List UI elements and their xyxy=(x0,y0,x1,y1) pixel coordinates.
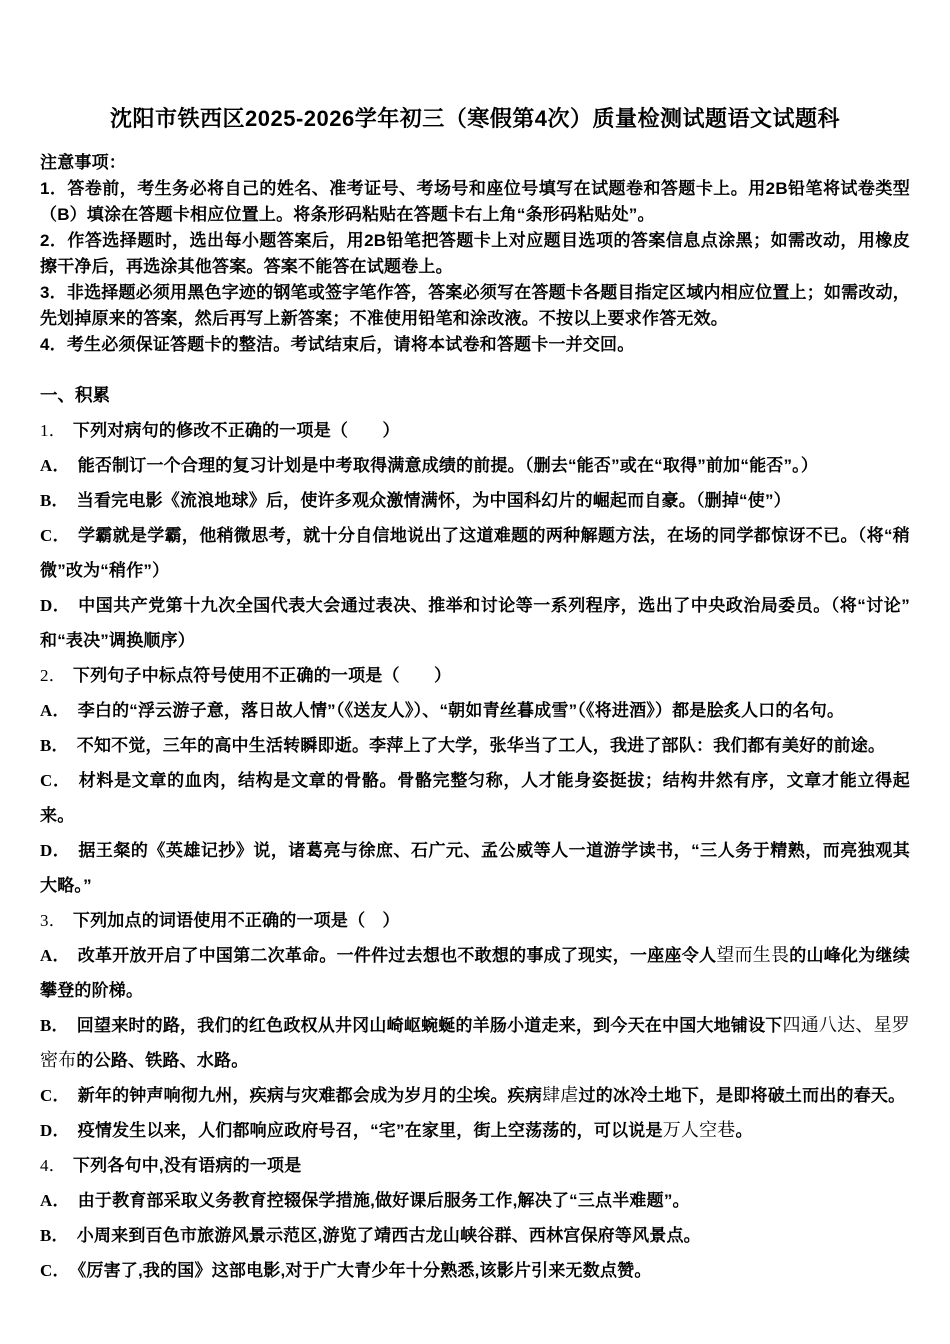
option-text: 新年的钟声响彻九州，疾病与灾难都会成为岁月的尘埃。疾病肆虐过的冰冷土地下，是即将… xyxy=(78,1086,906,1105)
option-line: B．不知不觉，三年的高中生活转瞬即逝。李萍上了大学，张华当了工人，我进了部队：我… xyxy=(40,728,910,763)
option-text: 小周来到百色市旅游风景示范区,游览了靖西古龙山峡谷群、西林宫保府等风景点。 xyxy=(77,1226,701,1245)
option-label: A． xyxy=(40,701,78,720)
option-text: 能否制订一个合理的复习计划是中考取得满意成绩的前提。（删去“能否”或在“取得”前… xyxy=(78,456,818,475)
option-line: D．中国共产党第十九次全国代表大会通过表决、推举和讨论等一系列程序，选出了中央政… xyxy=(40,588,910,658)
question-stem-text: 下列对病句的修改不正确的一项是（ ） xyxy=(73,421,400,440)
option-label: B． xyxy=(40,1016,77,1035)
question-3: 3．下列加点的词语使用不正确的一项是（ ） A．改革开放开启了中国第二次革命。一… xyxy=(40,903,910,1148)
notice-item: 4．考生必须保证答题卡的整洁。考试结束后，请将本试卷和答题卡一并交回。 xyxy=(40,332,910,358)
option-label: C． xyxy=(40,1086,78,1105)
option-text: 改革开放开启了中国第二次革命。一件件过去想也不敢想的事成了现实，一座座令人望而生… xyxy=(40,946,910,1000)
question-4: 4．下列各句中,没有语病的一项是 A．由于教育部采取义务教育控辍保学措施,做好课… xyxy=(40,1148,910,1288)
option-line: B．小周来到百色市旅游风景示范区,游览了靖西古龙山峡谷群、西林宫保府等风景点。 xyxy=(40,1218,910,1253)
question-1: 1．下列对病句的修改不正确的一项是（ ） A．能否制订一个合理的复习计划是中考取… xyxy=(40,413,910,658)
notice-item: 1．答卷前，考生务必将自己的姓名、准考证号、考场号和座位号填写在试题卷和答题卡上… xyxy=(40,176,910,228)
option-label: B． xyxy=(40,491,77,510)
question-stem: 4．下列各句中,没有语病的一项是 xyxy=(40,1148,910,1183)
option-text: 据王粲的《英雄记抄》说，诸葛亮与徐庶、石广元、孟公威等人一道游学读书，“三人务于… xyxy=(40,841,910,895)
option-text: 当看完电影《流浪地球》后，使许多观众激情满怀，为中国科幻片的崛起而自豪。（删掉“… xyxy=(77,491,791,510)
option-text: 中国共产党第十九次全国代表大会通过表决、推举和讨论等一系列程序，选出了中央政治局… xyxy=(40,596,910,650)
option-label: A． xyxy=(40,1191,78,1210)
option-line: C．材料是文章的血肉，结构是文章的骨骼。骨骼完整匀称，人才能身姿挺拔；结构井然有… xyxy=(40,763,910,833)
option-label: A． xyxy=(40,456,78,475)
option-line: B．回望来时的路，我们的红色政权从井冈山崎岖蜿蜒的羊肠小道走来，到今天在中国大地… xyxy=(40,1008,910,1078)
option-text: 疫情发生以来，人们都响应政府号召，“宅”在家里，街上空荡荡的，可以说是万人空巷。 xyxy=(78,1121,753,1140)
section-heading: 一、积累 xyxy=(40,378,910,413)
question-number: 3． xyxy=(40,911,73,930)
question-number: 1． xyxy=(40,421,73,440)
option-label: C． xyxy=(40,526,78,545)
notice-heading: 注意事项： xyxy=(40,150,910,176)
option-label: D． xyxy=(40,596,78,615)
option-label: B． xyxy=(40,736,77,755)
option-line: C．《厉害了,我的国》这部电影,对于广大青少年十分熟悉,该影片引来无数点赞。 xyxy=(40,1253,910,1288)
option-text: 李白的“浮云游子意，落日故人情”（《送友人》）、“朝如青丝暮成雪”（《将进酒》）… xyxy=(78,701,845,720)
option-line: D．据王粲的《英雄记抄》说，诸葛亮与徐庶、石广元、孟公威等人一道游学读书，“三人… xyxy=(40,833,910,903)
option-text: 不知不觉，三年的高中生活转瞬即逝。李萍上了大学，张华当了工人，我进了部队：我们都… xyxy=(77,736,885,755)
option-line: C．学霸就是学霸，他稍微思考，就十分自信地说出了这道难题的两种解题方法，在场的同… xyxy=(40,518,910,588)
option-text: 材料是文章的血肉，结构是文章的骨骼。骨骼完整匀称，人才能身姿挺拔；结构井然有序，… xyxy=(40,771,910,825)
option-line: B．当看完电影《流浪地球》后，使许多观众激情满怀，为中国科幻片的崛起而自豪。（删… xyxy=(40,483,910,518)
question-2: 2．下列句子中标点符号使用不正确的一项是（ ） A．李白的“浮云游子意，落日故人… xyxy=(40,658,910,903)
option-line: C．新年的钟声响彻九州，疾病与灾难都会成为岁月的尘埃。疾病肆虐过的冰冷土地下，是… xyxy=(40,1078,910,1113)
question-stem-text: 下列各句中,没有语病的一项是 xyxy=(73,1156,302,1175)
option-label: D． xyxy=(40,1121,78,1140)
option-line: A．改革开放开启了中国第二次革命。一件件过去想也不敢想的事成了现实，一座座令人望… xyxy=(40,938,910,1008)
exam-paper-page: 沈阳市铁西区2025-2026学年初三（寒假第4次）质量检测试题语文试题科 注意… xyxy=(0,0,950,1344)
option-line: A．李白的“浮云游子意，落日故人情”（《送友人》）、“朝如青丝暮成雪”（《将进酒… xyxy=(40,693,910,728)
notice-item: 2．作答选择题时，选出每小题答案后，用2B铅笔把答题卡上对应题目选项的答案信息点… xyxy=(40,228,910,280)
option-line: A．能否制订一个合理的复习计划是中考取得满意成绩的前提。（删去“能否”或在“取得… xyxy=(40,448,910,483)
option-label: A． xyxy=(40,946,78,965)
option-label: B． xyxy=(40,1226,77,1245)
option-line: A．由于教育部采取义务教育控辍保学措施,做好课后服务工作,解决了“三点半难题”。 xyxy=(40,1183,910,1218)
question-stem-text: 下列句子中标点符号使用不正确的一项是（ ） xyxy=(73,666,451,685)
option-text: 《厉害了,我的国》这部电影,对于广大青少年十分熟悉,该影片引来无数点赞。 xyxy=(78,1261,652,1280)
question-stem: 3．下列加点的词语使用不正确的一项是（ ） xyxy=(40,903,910,938)
option-label: C． xyxy=(40,1261,78,1280)
question-number: 4． xyxy=(40,1156,73,1175)
option-label: D． xyxy=(40,841,78,860)
option-text: 由于教育部采取义务教育控辍保学措施,做好课后服务工作,解决了“三点半难题”。 xyxy=(78,1191,690,1210)
page-title: 沈阳市铁西区2025-2026学年初三（寒假第4次）质量检测试题语文试题科 xyxy=(40,104,910,134)
question-stem: 1．下列对病句的修改不正确的一项是（ ） xyxy=(40,413,910,448)
question-number: 2． xyxy=(40,666,73,685)
question-stem: 2．下列句子中标点符号使用不正确的一项是（ ） xyxy=(40,658,910,693)
notice-item: 3．非选择题必须用黑色字迹的钢笔或签字笔作答，答案必须写在答题卡各题目指定区域内… xyxy=(40,280,910,332)
option-label: C． xyxy=(40,771,79,790)
option-text: 回望来时的路，我们的红色政权从井冈山崎岖蜿蜒的羊肠小道走来，到今天在中国大地铺设… xyxy=(40,1016,910,1070)
option-text: 学霸就是学霸，他稍微思考，就十分自信地说出了这道难题的两种解题方法，在场的同学都… xyxy=(40,526,910,580)
notice-section: 注意事项： 1．答卷前，考生务必将自己的姓名、准考证号、考场号和座位号填写在试题… xyxy=(40,150,910,358)
option-line: D．疫情发生以来，人们都响应政府号召，“宅”在家里，街上空荡荡的，可以说是万人空… xyxy=(40,1113,910,1148)
question-stem-text: 下列加点的词语使用不正确的一项是（ ） xyxy=(73,911,400,930)
